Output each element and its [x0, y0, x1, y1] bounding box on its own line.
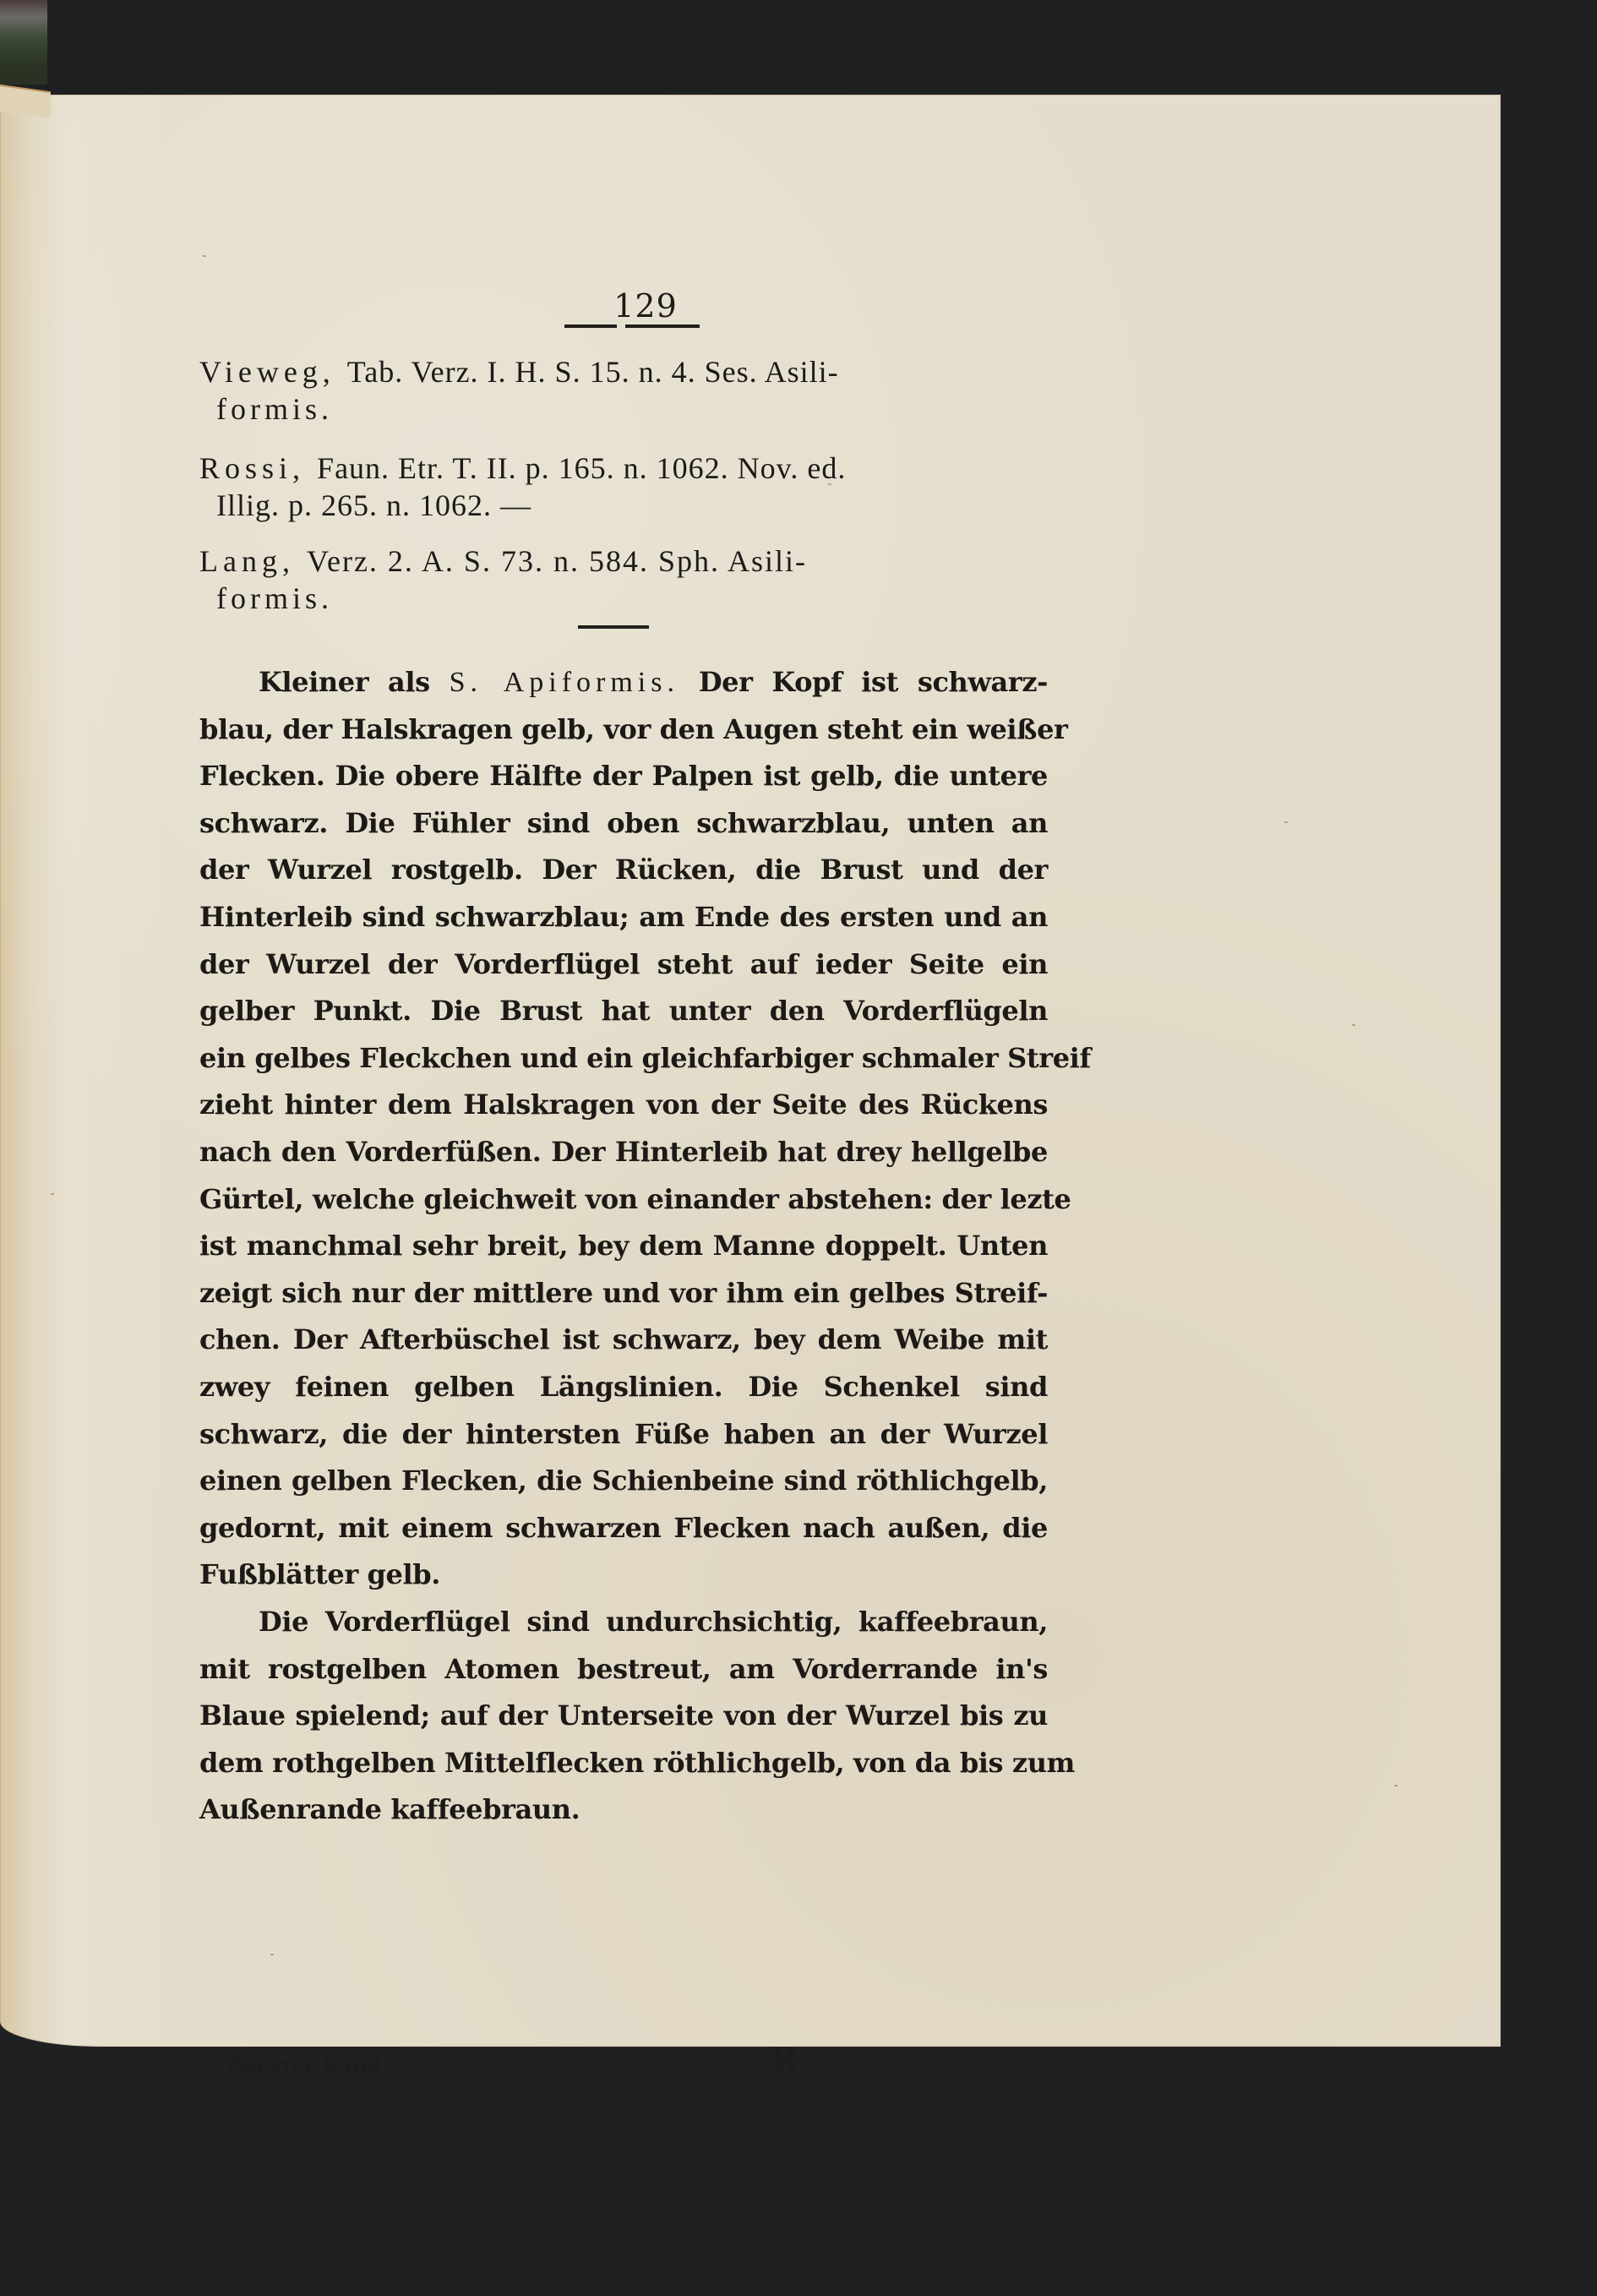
- paper-speck: [51, 1193, 54, 1195]
- description-paragraph-1: Kleiner als S. Apiformis. Der Kopf ist s…: [199, 659, 1048, 1599]
- reference-rossi: Rossi, Faun. Etr. T. II. p. 165. n. 1062…: [199, 450, 1048, 524]
- text-line: Fußblätter gelb.: [199, 1552, 1048, 1599]
- text-line: gelber Punkt. Die Brust hat unter den Vo…: [199, 988, 1048, 1035]
- paper-speck: [1394, 1785, 1398, 1786]
- volume-signature: Zweyter Band.: [225, 2053, 388, 2078]
- reference-continuation: formis.: [199, 390, 1048, 428]
- text-line: schwarz, die der hintersten Füße haben a…: [199, 1411, 1048, 1459]
- description-paragraph-2: Die Vorderflügel sind undurchsichtig, ka…: [199, 1599, 1048, 1834]
- text-line: ein gelbes Fleckchen und ein gleichfarbi…: [199, 1035, 1048, 1083]
- page-number-rule: [564, 324, 700, 329]
- text-line: Blaue spielend; auf der Unterseite von d…: [199, 1693, 1048, 1740]
- text-line: nach den Vorderfüßen. Der Hinterleib hat…: [199, 1129, 1048, 1176]
- species-name: S. Apiformis.: [450, 667, 679, 698]
- paper-speck: [270, 1954, 274, 1955]
- paper-speck: [1352, 1024, 1355, 1026]
- text-line: mit rostgelben Atomen bestreut, am Vorde…: [199, 1646, 1048, 1693]
- reference-citation: Faun. Etr. T. II. p. 165. n. 1062. Nov. …: [305, 450, 1048, 487]
- reference-citation: Tab. Verz. I. H. S. 15. n. 4. Ses. Asili…: [335, 353, 1048, 390]
- book-page: 129 Vieweg, Tab. Verz. I. H. S. 15. n. 4…: [0, 95, 1501, 2047]
- text-line: der Wurzel rostgelb. Der Rücken, die Bru…: [199, 847, 1048, 894]
- text-line: Kleiner als S. Apiformis. Der Kopf ist s…: [199, 659, 1048, 706]
- paper-speck: [828, 483, 831, 485]
- paper-speck: [1284, 821, 1288, 823]
- text-line: der Wurzel der Vorderflügel steht auf ie…: [199, 941, 1048, 989]
- text-line: Gürtel, welche gleichweit von einander a…: [199, 1176, 1048, 1224]
- reference-continuation: formis.: [199, 580, 1048, 617]
- text-line: ist manchmal sehr breit, bey dem Manne d…: [199, 1223, 1048, 1270]
- page-number: 129: [595, 287, 696, 324]
- text-line: gedornt, mit einem schwarzen Flecken nac…: [199, 1505, 1048, 1552]
- reference-vieweg: Vieweg, Tab. Verz. I. H. S. 15. n. 4. Se…: [199, 353, 1048, 428]
- text-line: zieht hinter dem Halskragen von der Seit…: [199, 1082, 1048, 1129]
- paper-speck: [203, 255, 206, 257]
- adjacent-book-edge: [0, 0, 47, 85]
- signature-mark: R: [771, 2040, 798, 2078]
- reference-citation: Verz. 2. A. S. 73. n. 584. Sph. Asili-: [295, 543, 1048, 580]
- text-line: einen gelben Flecken, die Schienbeine si…: [199, 1458, 1048, 1505]
- text-line: Hinterleib sind schwarzblau; am Ende des…: [199, 894, 1048, 941]
- reference-author: Rossi,: [199, 450, 305, 487]
- text-line: zeigt sich nur der mittlere und vor ihm …: [199, 1270, 1048, 1317]
- text-line: chen. Der Afterbüschel ist schwarz, bey …: [199, 1317, 1048, 1364]
- reference-continuation: Illig. p. 265. n. 1062. —: [199, 487, 1048, 524]
- text-fragment: Kleiner als: [259, 666, 430, 698]
- text-line: blau, der Halskragen gelb, vor den Augen…: [199, 706, 1048, 754]
- text-line: Außenrande kaffeebraun.: [199, 1786, 1048, 1834]
- text-line: dem rothgelben Mittelflecken röthlichgel…: [199, 1740, 1048, 1787]
- text-fragment: Der Kopf ist schwarz-: [699, 666, 1048, 698]
- text-line: Flecken. Die obere Hälfte der Palpen ist…: [199, 753, 1048, 800]
- text-line: Die Vorderflügel sind undurchsichtig, ka…: [199, 1599, 1048, 1646]
- reference-lang: Lang, Verz. 2. A. S. 73. n. 584. Sph. As…: [199, 543, 1048, 617]
- reference-author: Lang,: [199, 543, 295, 580]
- section-divider: [578, 625, 649, 629]
- reference-author: Vieweg,: [199, 353, 335, 390]
- text-line: zwey feinen gelben Längslinien. Die Sche…: [199, 1364, 1048, 1411]
- text-line: schwarz. Die Fühler sind oben schwarzbla…: [199, 800, 1048, 848]
